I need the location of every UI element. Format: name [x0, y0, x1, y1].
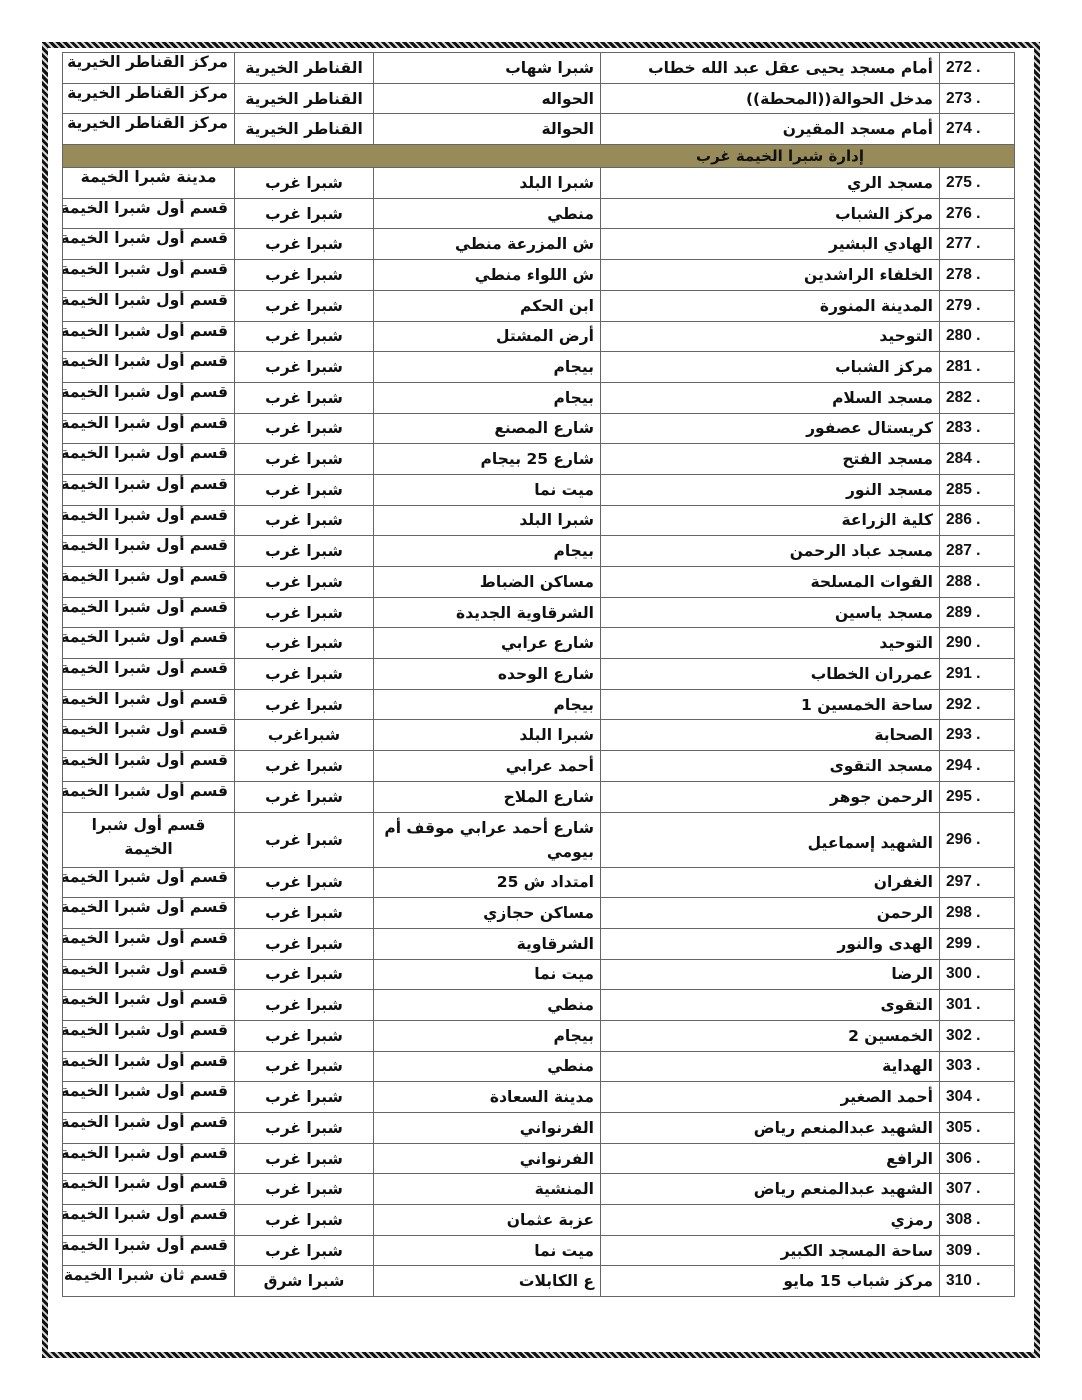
- district-name: شبرا شرق: [235, 1266, 374, 1297]
- row-number: 284 .: [940, 444, 1015, 475]
- table-row: 292 .ساحة الخمسين 1بيجامشبرا غربقسم أول …: [63, 689, 1015, 720]
- location-name: الرضا: [601, 959, 940, 990]
- area-name: ميت نما: [374, 959, 601, 990]
- table-row: 282 .مسجد السلامبيجامشبرا غربقسم أول شبر…: [63, 382, 1015, 413]
- district-name: شبرا غرب: [235, 260, 374, 291]
- location-name: التوحيد: [601, 321, 940, 352]
- police-station: قسم أول شبرا الخيمة: [63, 597, 235, 628]
- row-number: 295 .: [940, 781, 1015, 812]
- district-name: شبرا غرب: [235, 1143, 374, 1174]
- police-station: مركز القناطر الخيرية: [63, 53, 235, 84]
- location-name: كريستال عصفور: [601, 413, 940, 444]
- table-row: 277 .الهادي البشيرش المزرعة منطيشبرا غرب…: [63, 229, 1015, 260]
- location-name: مسجد عباد الرحمن: [601, 536, 940, 567]
- police-station: قسم أول شبرا الخيمة: [63, 812, 235, 867]
- police-station: قسم أول شبرا الخيمة: [63, 352, 235, 383]
- police-station: قسم أول شبرا الخيمة: [63, 1143, 235, 1174]
- area-name: بيجام: [374, 352, 601, 383]
- location-name: الشهيد عبدالمنعم رياض: [601, 1174, 940, 1205]
- district-name: شبرا غرب: [235, 168, 374, 199]
- location-name: مسجد النور: [601, 474, 940, 505]
- row-number: 302 .: [940, 1020, 1015, 1051]
- police-station: مدينة شبرا الخيمة: [63, 168, 235, 199]
- table-row: 299 .الهدى والنورالشرقاويةشبرا غربقسم أو…: [63, 928, 1015, 959]
- table-row: 302 .الخمسين 2بيجامشبرا غربقسم أول شبرا …: [63, 1020, 1015, 1051]
- area-name: مدينة السعادة: [374, 1082, 601, 1113]
- section-title: إدارة شبرا الخيمة غرب: [63, 145, 1015, 168]
- police-station: قسم أول شبرا الخيمة: [63, 474, 235, 505]
- area-name: شارع الملاح: [374, 781, 601, 812]
- location-name: الهادي البشير: [601, 229, 940, 260]
- police-station: قسم أول شبرا الخيمة: [63, 1235, 235, 1266]
- row-number: 279 .: [940, 290, 1015, 321]
- area-name: شارع الوحده: [374, 659, 601, 690]
- row-number: 281 .: [940, 352, 1015, 383]
- table-row: 276 .مركز الشبابمنطيشبرا غربقسم أول شبرا…: [63, 198, 1015, 229]
- row-number: 288 .: [940, 567, 1015, 598]
- area-name: ابن الحكم: [374, 290, 601, 321]
- location-name: الهدى والنور: [601, 928, 940, 959]
- table-row: 278 .الخلفاء الراشدينش اللواء منطيشبرا غ…: [63, 260, 1015, 291]
- area-name: منطي: [374, 198, 601, 229]
- police-station: قسم أول شبرا الخيمة: [63, 444, 235, 475]
- table-row: 290 .التوحيدشارع عرابيشبرا غربقسم أول شب…: [63, 628, 1015, 659]
- district-name: شبرا غرب: [235, 474, 374, 505]
- district-name: شبرا غرب: [235, 1174, 374, 1205]
- table-row: 295 .الرحمن جوهرشارع الملاحشبرا غربقسم أ…: [63, 781, 1015, 812]
- police-station: قسم أول شبرا الخيمة: [63, 413, 235, 444]
- location-name: أحمد الصغير: [601, 1082, 940, 1113]
- table-row: 306 .الرافعالفرنوانيشبرا غربقسم أول شبرا…: [63, 1143, 1015, 1174]
- row-number: 304 .: [940, 1082, 1015, 1113]
- area-name: بيجام: [374, 536, 601, 567]
- row-number: 282 .: [940, 382, 1015, 413]
- table-row: 307 .الشهيد عبدالمنعم رياضالمنشيةشبرا غر…: [63, 1174, 1015, 1205]
- police-station: قسم أول شبرا الخيمة: [63, 781, 235, 812]
- table-row: 304 .أحمد الصغيرمدينة السعادةشبرا غربقسم…: [63, 1082, 1015, 1113]
- district-name: شبرا غرب: [235, 867, 374, 898]
- police-station: قسم أول شبرا الخيمة: [63, 1174, 235, 1205]
- police-station: قسم أول شبرا الخيمة: [63, 867, 235, 898]
- location-name: الهداية: [601, 1051, 940, 1082]
- police-station: قسم أول شبرا الخيمة: [63, 198, 235, 229]
- district-name: شبرا غرب: [235, 751, 374, 782]
- district-name: شبرا غرب: [235, 898, 374, 929]
- police-station: قسم أول شبرا الخيمة: [63, 505, 235, 536]
- location-name: المدينة المنورة: [601, 290, 940, 321]
- police-station: قسم أول شبرا الخيمة: [63, 260, 235, 291]
- area-name: ميت نما: [374, 474, 601, 505]
- district-name: شبرا غرب: [235, 597, 374, 628]
- location-name: الغفران: [601, 867, 940, 898]
- area-name: ش اللواء منطي: [374, 260, 601, 291]
- area-name: أرض المشتل: [374, 321, 601, 352]
- police-station: قسم أول شبرا الخيمة: [63, 1020, 235, 1051]
- area-name: شارع المصنع: [374, 413, 601, 444]
- area-name: أحمد عرابي: [374, 751, 601, 782]
- location-name: الخمسين 2: [601, 1020, 940, 1051]
- row-number: 310 .: [940, 1266, 1015, 1297]
- table-row: 301 .التقوىمنطيشبرا غربقسم أول شبرا الخي…: [63, 990, 1015, 1021]
- row-number: 294 .: [940, 751, 1015, 782]
- area-name: شبرا البلد: [374, 505, 601, 536]
- area-name: شارع 25 بيجام: [374, 444, 601, 475]
- table-row: 309 .ساحة المسجد الكبيرميت نماشبرا غربقس…: [63, 1235, 1015, 1266]
- police-station: قسم أول شبرا الخيمة: [63, 567, 235, 598]
- area-name: امتداد ش 25: [374, 867, 601, 898]
- area-name: شبرا شهاب: [374, 53, 601, 84]
- table-row: 272 .أمام مسجد يحيى عقل عبد الله خطابشبر…: [63, 53, 1015, 84]
- location-name: مدخل الحوالة((المحطة)): [601, 83, 940, 114]
- district-name: شبرا غرب: [235, 689, 374, 720]
- row-number: 298 .: [940, 898, 1015, 929]
- police-station: قسم أول شبرا الخيمة: [63, 928, 235, 959]
- area-name: عزبة عثمان: [374, 1205, 601, 1236]
- district-name: شبرا غرب: [235, 1235, 374, 1266]
- location-name: الرحمن جوهر: [601, 781, 940, 812]
- location-name: أمام مسجد المقيرن: [601, 114, 940, 145]
- table-row: 300 .الرضاميت نماشبرا غربقسم أول شبرا ال…: [63, 959, 1015, 990]
- area-name: الحواله: [374, 83, 601, 114]
- location-name: ساحة المسجد الكبير: [601, 1235, 940, 1266]
- police-station: قسم أول شبرا الخيمة: [63, 959, 235, 990]
- district-name: شبرا غرب: [235, 352, 374, 383]
- location-name: مسجد ياسين: [601, 597, 940, 628]
- row-number: 301 .: [940, 990, 1015, 1021]
- area-name: شارع عرابي: [374, 628, 601, 659]
- location-name: الرحمن: [601, 898, 940, 929]
- row-number: 300 .: [940, 959, 1015, 990]
- district-name: شبرا غرب: [235, 413, 374, 444]
- location-name: مسجد السلام: [601, 382, 940, 413]
- row-number: 305 .: [940, 1113, 1015, 1144]
- table-row: 294 .مسجد التقوىأحمد عرابيشبرا غربقسم أو…: [63, 751, 1015, 782]
- location-name: مركز شباب 15 مايو: [601, 1266, 940, 1297]
- row-number: 274 .: [940, 114, 1015, 145]
- district-name: شبراغرب: [235, 720, 374, 751]
- area-name: مساكن حجازي: [374, 898, 601, 929]
- table-row: 280 .التوحيدأرض المشتلشبرا غربقسم أول شب…: [63, 321, 1015, 352]
- row-number: 306 .: [940, 1143, 1015, 1174]
- area-name: بيجام: [374, 689, 601, 720]
- district-name: شبرا غرب: [235, 290, 374, 321]
- row-number: 272 .: [940, 53, 1015, 84]
- locations-table: 272 .أمام مسجد يحيى عقل عبد الله خطابشبر…: [62, 52, 1015, 1297]
- district-name: شبرا غرب: [235, 628, 374, 659]
- police-station: قسم أول شبرا الخيمة: [63, 290, 235, 321]
- district-name: شبرا غرب: [235, 505, 374, 536]
- location-name: كلية الزراعة: [601, 505, 940, 536]
- location-name: مركز الشباب: [601, 352, 940, 383]
- district-name: شبرا غرب: [235, 781, 374, 812]
- table-row: 283 .كريستال عصفورشارع المصنعشبرا غربقسم…: [63, 413, 1015, 444]
- table-row: 279 .المدينة المنورةابن الحكمشبرا غربقسم…: [63, 290, 1015, 321]
- table-row: 310 .مركز شباب 15 مايوع الكابلاتشبرا شرق…: [63, 1266, 1015, 1297]
- district-name: شبرا غرب: [235, 1113, 374, 1144]
- location-name: القوات المسلحة: [601, 567, 940, 598]
- police-station: قسم أول شبرا الخيمة: [63, 751, 235, 782]
- area-name: بيجام: [374, 1020, 601, 1051]
- district-name: شبرا غرب: [235, 444, 374, 475]
- area-name: شبرا البلد: [374, 168, 601, 199]
- table-row: 305 .الشهيد عبدالمنعم رياضالفرنوانيشبرا …: [63, 1113, 1015, 1144]
- district-name: شبرا غرب: [235, 536, 374, 567]
- locations-table-body: 272 .أمام مسجد يحيى عقل عبد الله خطابشبر…: [63, 53, 1015, 1297]
- row-number: 292 .: [940, 689, 1015, 720]
- table-row: 291 .عمرران الخطابشارع الوحدهشبرا غربقسم…: [63, 659, 1015, 690]
- district-name: القناطر الخيرية: [235, 53, 374, 84]
- area-name: شارع أحمد عرابي موقف أم بيومي: [374, 812, 601, 867]
- location-name: مسجد الري: [601, 168, 940, 199]
- row-number: 278 .: [940, 260, 1015, 291]
- row-number: 287 .: [940, 536, 1015, 567]
- police-station: قسم أول شبرا الخيمة: [63, 628, 235, 659]
- district-name: شبرا غرب: [235, 567, 374, 598]
- area-name: بيجام: [374, 382, 601, 413]
- row-number: 280 .: [940, 321, 1015, 352]
- district-name: شبرا غرب: [235, 959, 374, 990]
- police-station: مركز القناطر الخيرية: [63, 83, 235, 114]
- table-row: 286 .كلية الزراعةشبرا البلدشبرا غربقسم أ…: [63, 505, 1015, 536]
- row-number: 275 .: [940, 168, 1015, 199]
- row-number: 299 .: [940, 928, 1015, 959]
- police-station: قسم أول شبرا الخيمة: [63, 689, 235, 720]
- row-number: 273 .: [940, 83, 1015, 114]
- row-number: 309 .: [940, 1235, 1015, 1266]
- district-name: شبرا غرب: [235, 1051, 374, 1082]
- table-row: 287 .مسجد عباد الرحمنبيجامشبرا غربقسم أو…: [63, 536, 1015, 567]
- area-name: مساكن الضباط: [374, 567, 601, 598]
- table-row: 284 .مسجد الفتحشارع 25 بيجامشبرا غربقسم …: [63, 444, 1015, 475]
- table-row: 289 .مسجد ياسينالشرقاوية الجديدةشبرا غرب…: [63, 597, 1015, 628]
- location-name: التوحيد: [601, 628, 940, 659]
- location-name: الخلفاء الراشدين: [601, 260, 940, 291]
- row-number: 289 .: [940, 597, 1015, 628]
- district-name: شبرا غرب: [235, 928, 374, 959]
- police-station: قسم أول شبرا الخيمة: [63, 1082, 235, 1113]
- police-station: قسم أول شبرا الخيمة: [63, 659, 235, 690]
- row-number: 285 .: [940, 474, 1015, 505]
- area-name: الفرنواني: [374, 1143, 601, 1174]
- page-content: 272 .أمام مسجد يحيى عقل عبد الله خطابشبر…: [48, 48, 1034, 1352]
- district-name: شبرا غرب: [235, 1082, 374, 1113]
- row-number: 296 .: [940, 812, 1015, 867]
- table-row: 281 .مركز الشباببيجامشبرا غربقسم أول شبر…: [63, 352, 1015, 383]
- police-station: قسم أول شبرا الخيمة: [63, 990, 235, 1021]
- police-station: مركز القناطر الخيرية: [63, 114, 235, 145]
- police-station: قسم أول شبرا الخيمة: [63, 536, 235, 567]
- district-name: شبرا غرب: [235, 659, 374, 690]
- decorative-page-border: 272 .أمام مسجد يحيى عقل عبد الله خطابشبر…: [42, 42, 1040, 1358]
- row-number: 303 .: [940, 1051, 1015, 1082]
- table-row: 288 .القوات المسلحةمساكن الضباطشبرا غربق…: [63, 567, 1015, 598]
- table-row: 303 .الهدايةمنطيشبرا غربقسم أول شبرا الخ…: [63, 1051, 1015, 1082]
- area-name: الفرنواني: [374, 1113, 601, 1144]
- district-name: القناطر الخيرية: [235, 114, 374, 145]
- row-number: 290 .: [940, 628, 1015, 659]
- table-row: 297 .الغفرانامتداد ش 25شبرا غربقسم أول ش…: [63, 867, 1015, 898]
- location-name: الشهيد عبدالمنعم رياض: [601, 1113, 940, 1144]
- district-name: شبرا غرب: [235, 1020, 374, 1051]
- table-row: 273 .مدخل الحوالة((المحطة))الحوالهالقناط…: [63, 83, 1015, 114]
- police-station: قسم أول شبرا الخيمة: [63, 382, 235, 413]
- table-row: 274 .أمام مسجد المقيرنالحوالةالقناطر الخ…: [63, 114, 1015, 145]
- row-number: 297 .: [940, 867, 1015, 898]
- location-name: الرافع: [601, 1143, 940, 1174]
- location-name: الصحابة: [601, 720, 940, 751]
- row-number: 293 .: [940, 720, 1015, 751]
- location-name: الشهيد إسماعيل: [601, 812, 940, 867]
- district-name: شبرا غرب: [235, 198, 374, 229]
- table-row: 308 .رمزيعزبة عثمانشبرا غربقسم أول شبرا …: [63, 1205, 1015, 1236]
- area-name: الشرقاوية: [374, 928, 601, 959]
- police-station: قسم أول شبرا الخيمة: [63, 1051, 235, 1082]
- police-station: قسم أول شبرا الخيمة: [63, 1205, 235, 1236]
- location-name: مسجد الفتح: [601, 444, 940, 475]
- location-name: رمزي: [601, 1205, 940, 1236]
- row-number: 283 .: [940, 413, 1015, 444]
- row-number: 307 .: [940, 1174, 1015, 1205]
- area-name: الشرقاوية الجديدة: [374, 597, 601, 628]
- table-row: 275 .مسجد الريشبرا البلدشبرا غربمدينة شب…: [63, 168, 1015, 199]
- police-station: قسم أول شبرا الخيمة: [63, 321, 235, 352]
- table-row: 296 .الشهيد إسماعيلشارع أحمد عرابي موقف …: [63, 812, 1015, 867]
- district-name: شبرا غرب: [235, 990, 374, 1021]
- area-name: شبرا البلد: [374, 720, 601, 751]
- location-name: ساحة الخمسين 1: [601, 689, 940, 720]
- area-name: المنشية: [374, 1174, 601, 1205]
- police-station: قسم أول شبرا الخيمة: [63, 720, 235, 751]
- location-name: مسجد التقوى: [601, 751, 940, 782]
- area-name: منطي: [374, 990, 601, 1021]
- district-name: القناطر الخيرية: [235, 83, 374, 114]
- location-name: مركز الشباب: [601, 198, 940, 229]
- police-station: قسم أول شبرا الخيمة: [63, 229, 235, 260]
- district-name: شبرا غرب: [235, 812, 374, 867]
- row-number: 277 .: [940, 229, 1015, 260]
- district-name: شبرا غرب: [235, 229, 374, 260]
- location-name: التقوى: [601, 990, 940, 1021]
- area-name: ش المزرعة منطي: [374, 229, 601, 260]
- police-station: قسم أول شبرا الخيمة: [63, 898, 235, 929]
- district-name: شبرا غرب: [235, 382, 374, 413]
- district-name: شبرا غرب: [235, 1205, 374, 1236]
- police-station: قسم أول شبرا الخيمة: [63, 1113, 235, 1144]
- area-name: ميت نما: [374, 1235, 601, 1266]
- area-name: منطي: [374, 1051, 601, 1082]
- section-header-row: إدارة شبرا الخيمة غرب: [63, 145, 1015, 168]
- location-name: أمام مسجد يحيى عقل عبد الله خطاب: [601, 53, 940, 84]
- row-number: 291 .: [940, 659, 1015, 690]
- location-name: عمرران الخطاب: [601, 659, 940, 690]
- row-number: 286 .: [940, 505, 1015, 536]
- table-row: 285 .مسجد النورميت نماشبرا غربقسم أول شب…: [63, 474, 1015, 505]
- row-number: 276 .: [940, 198, 1015, 229]
- table-row: 298 .الرحمنمساكن حجازيشبرا غربقسم أول شب…: [63, 898, 1015, 929]
- row-number: 308 .: [940, 1205, 1015, 1236]
- area-name: الحوالة: [374, 114, 601, 145]
- table-row: 293 .الصحابةشبرا البلدشبراغربقسم أول شبر…: [63, 720, 1015, 751]
- police-station: قسم ثان شبرا الخيمة: [63, 1266, 235, 1297]
- area-name: ع الكابلات: [374, 1266, 601, 1297]
- district-name: شبرا غرب: [235, 321, 374, 352]
